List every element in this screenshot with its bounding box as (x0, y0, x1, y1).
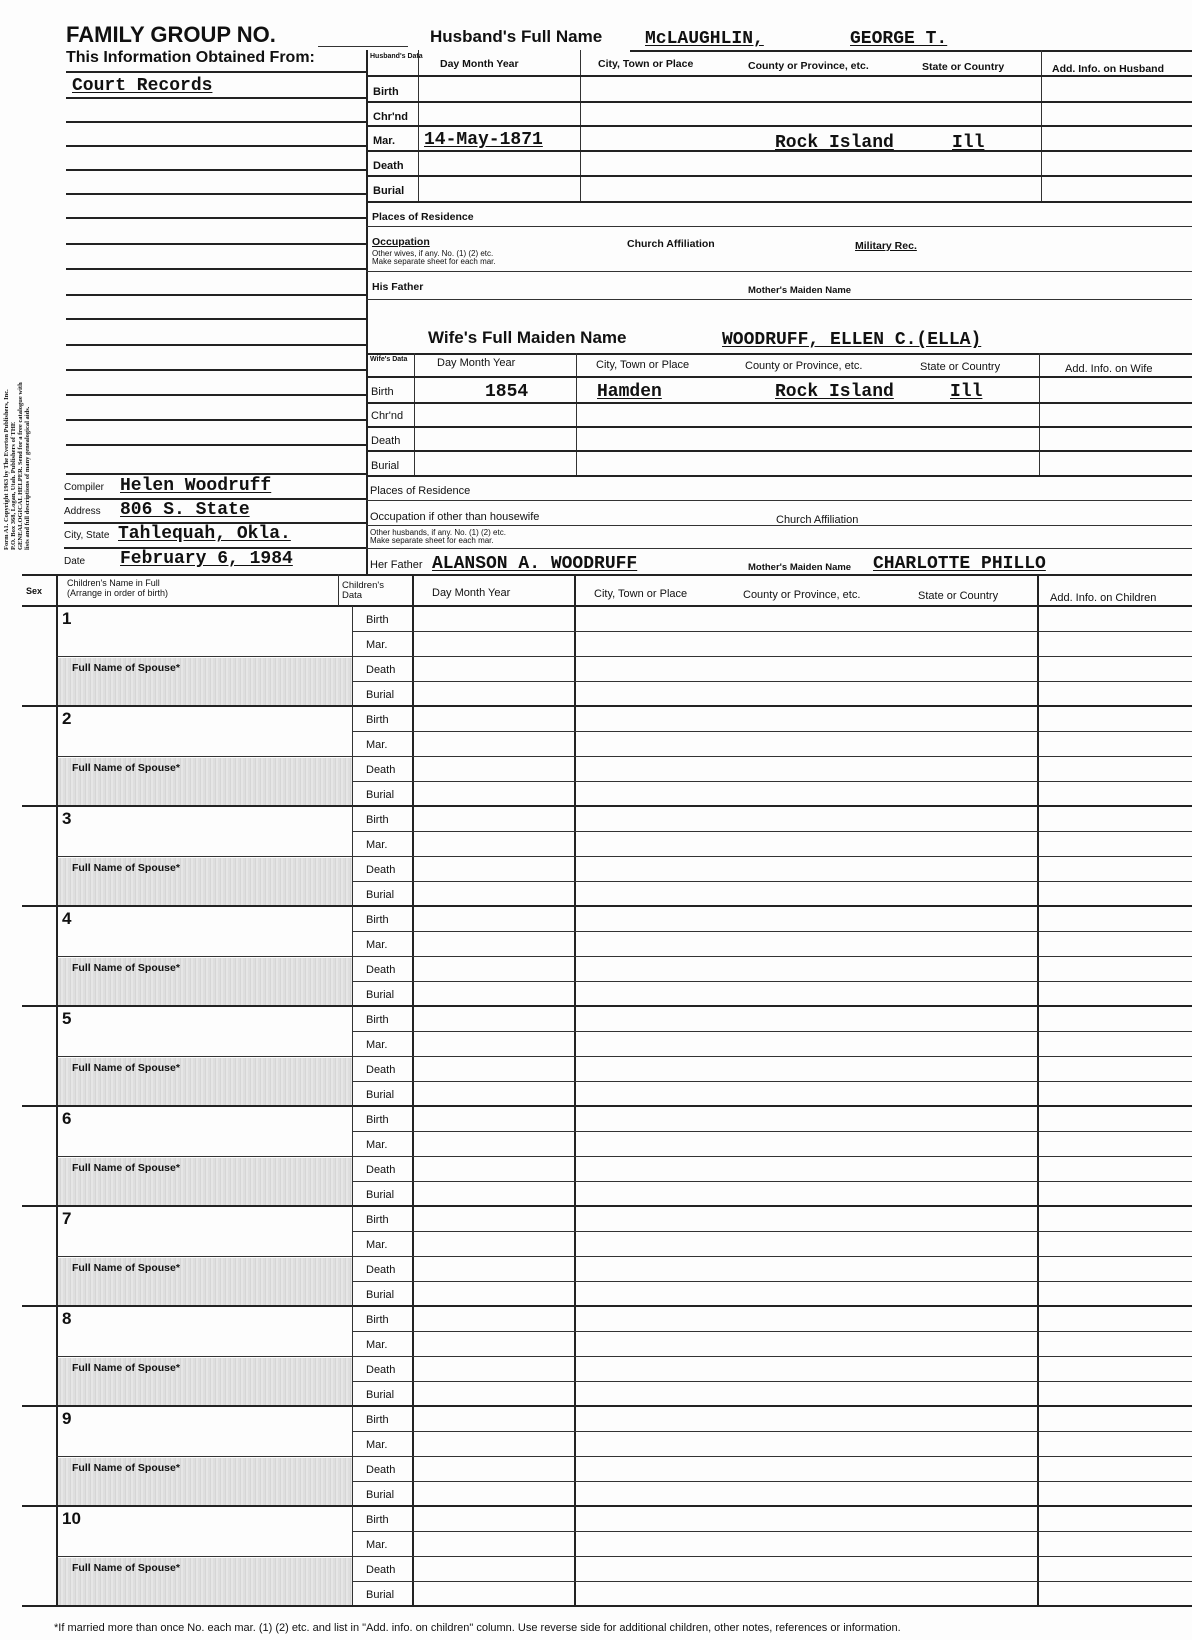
child-block-divider (22, 1505, 1192, 1507)
source-value[interactable]: Court Records (72, 76, 212, 96)
rule (352, 1456, 1192, 1457)
rule (366, 299, 1192, 300)
husband-military-label: Military Rec. (855, 240, 917, 252)
child-block-divider (22, 805, 1192, 807)
rule (66, 444, 366, 446)
child-event-label: Burial (366, 989, 394, 1001)
her-father-value[interactable]: ALANSON A. WOODRUFF (432, 554, 637, 574)
rule (352, 956, 1192, 957)
wife-occupation-label: Occupation if other than housewife (370, 511, 539, 523)
row-label-marriage: Mar. (373, 135, 395, 147)
address-value[interactable]: 806 S. State (120, 500, 250, 520)
child-number: 1 (62, 609, 71, 629)
child-event-label: Birth (366, 614, 389, 626)
child-number: 3 (62, 809, 71, 829)
wife-birth-state[interactable]: Ill (950, 382, 982, 402)
child-event-label: Birth (366, 1014, 389, 1026)
rule (352, 1256, 1192, 1257)
rule (352, 856, 1192, 857)
rule (66, 169, 366, 171)
wife-row-death: Death (371, 435, 400, 447)
rule (366, 226, 1192, 227)
rule (352, 1531, 1192, 1532)
wife-name-label: Wife's Full Maiden Name (428, 328, 626, 348)
rule (352, 1056, 1192, 1057)
rule (366, 426, 1192, 428)
children-name-label: Children's Name in Full (67, 579, 160, 588)
husband-residence-label: Places of Residence (372, 211, 474, 223)
child-event-label: Mar. (366, 639, 387, 651)
rule (66, 121, 366, 123)
col-state: State or Country (922, 61, 1004, 73)
child-block-divider (22, 705, 1192, 707)
rule (66, 419, 366, 421)
her-mother-label: Mother's Maiden Name (748, 562, 851, 573)
column-line (574, 574, 576, 1606)
child-number: 8 (62, 1309, 71, 1329)
husband-occupation-label: Occupation (372, 236, 430, 248)
rule (352, 1281, 1192, 1282)
rule (352, 981, 1192, 982)
rule (56, 756, 354, 757)
rule (56, 1356, 354, 1357)
copyright-line: Form A1. Copyright 1963 by The Everton P… (3, 389, 10, 550)
wife-row-burial: Burial (371, 460, 399, 472)
rule (22, 605, 1192, 607)
rule (352, 656, 1192, 657)
spouse-label: Full Name of Spouse* (72, 1562, 180, 1574)
child-event-label: Burial (366, 1089, 394, 1101)
husband-marriage-date[interactable]: 14-May-1871 (424, 130, 543, 150)
rule (366, 450, 1192, 452)
child-event-label: Death (366, 1364, 395, 1376)
row-label-death: Death (373, 160, 404, 172)
rule (352, 1481, 1192, 1482)
footnote: *If married more than once No. each mar.… (54, 1622, 901, 1634)
rule (352, 1131, 1192, 1132)
spouse-label: Full Name of Spouse* (72, 1262, 180, 1274)
child-event-label: Death (366, 764, 395, 776)
spouse-label: Full Name of Spouse* (72, 662, 180, 674)
rule (352, 1381, 1192, 1382)
rule (66, 294, 366, 296)
column-line (1037, 574, 1039, 1606)
child-number: 5 (62, 1009, 71, 1029)
wife-name-value[interactable]: WOODRUFF, ELLEN C.(ELLA) (722, 330, 981, 350)
wife-col-date: Day Month Year (437, 357, 515, 369)
child-number: 6 (62, 1109, 71, 1129)
child-event-label: Burial (366, 1589, 394, 1601)
child-block-divider (22, 1105, 1192, 1107)
rule (352, 1081, 1192, 1082)
copyright-line: P.O. Box 368, Logan, Utah. Publishers of… (10, 422, 17, 550)
child-event-label: Death (366, 1464, 395, 1476)
child-event-label: Mar. (366, 839, 387, 851)
child-event-label: Birth (366, 1514, 389, 1526)
wife-col-city: City, Town or Place (596, 359, 689, 371)
husband-church-label: Church Affiliation (627, 238, 715, 250)
rule (56, 656, 354, 657)
child-block-divider (22, 1205, 1192, 1207)
child-event-label: Mar. (366, 1039, 387, 1051)
child-number: 9 (62, 1409, 71, 1429)
wife-residence-label: Places of Residence (370, 485, 470, 497)
group-number-line (318, 46, 408, 47)
source-label: This Information Obtained From: (66, 49, 315, 67)
wife-row-birth: Birth (371, 386, 394, 398)
child-event-label: Birth (366, 1114, 389, 1126)
rule (366, 75, 1192, 77)
rule (352, 1031, 1192, 1032)
column-line (412, 574, 414, 1606)
rule (366, 150, 1192, 152)
child-event-label: Burial (366, 1189, 394, 1201)
rule (352, 756, 1192, 757)
date-value[interactable]: February 6, 1984 (120, 549, 293, 569)
rule (56, 1556, 354, 1557)
child-event-label: Mar. (366, 1439, 387, 1451)
address-label: Address (64, 506, 101, 517)
column-line (414, 353, 415, 475)
wife-col-county: County or Province, etc. (745, 360, 862, 372)
child-number: 4 (62, 909, 71, 929)
child-event-label: Death (366, 1564, 395, 1576)
husband-data-label: Husband's Data (370, 53, 423, 61)
rule (66, 71, 366, 73)
rule (66, 318, 366, 320)
wife-data-label: Wife's Data (370, 356, 407, 364)
city-state-value[interactable]: Tahlequah, Okla. (118, 524, 291, 544)
children-col-county: County or Province, etc. (743, 589, 860, 601)
copyright-notice: Form A1. Copyright 1963 by The Everton P… (3, 300, 23, 550)
form-title: FAMILY GROUP NO. (66, 22, 276, 48)
rule (366, 475, 1192, 477)
sex-label: Sex (26, 586, 42, 596)
rule (56, 1156, 354, 1157)
rule (56, 956, 354, 957)
rule (366, 525, 1192, 526)
child-event-label: Death (366, 964, 395, 976)
copyright-line: GENEALOGICAL HELPER. Send for a free cat… (17, 382, 24, 550)
child-event-label: Death (366, 1064, 395, 1076)
children-col-city: City, Town or Place (594, 588, 687, 600)
rule (366, 500, 1192, 501)
rule (352, 1156, 1192, 1157)
row-label-christened: Chr'nd (373, 111, 408, 123)
rule (366, 548, 1192, 549)
spouse-label: Full Name of Spouse* (72, 1362, 180, 1374)
child-event-label: Death (366, 664, 395, 676)
wife-birth-county[interactable]: Rock Island (775, 382, 894, 402)
children-name-sublabel: (Arrange in order of birth) (67, 589, 168, 598)
spouse-label: Full Name of Spouse* (72, 962, 180, 974)
rule (352, 781, 1192, 782)
child-block-divider (22, 905, 1192, 907)
row-label-burial: Burial (373, 185, 404, 197)
child-event-label: Death (366, 1264, 395, 1276)
husband-given-name[interactable]: GEORGE T. (850, 29, 947, 49)
spouse-label: Full Name of Spouse* (72, 762, 180, 774)
rule (366, 101, 1192, 103)
wife-birth-city[interactable]: Hamden (597, 382, 662, 402)
column-line (1039, 353, 1040, 475)
child-event-label: Mar. (366, 1139, 387, 1151)
child-event-label: Burial (366, 889, 394, 901)
col-city: City, Town or Place (598, 58, 693, 70)
child-event-label: Burial (366, 1389, 394, 1401)
rule (352, 681, 1192, 682)
child-block-divider (22, 1405, 1192, 1407)
date-label: Date (64, 556, 85, 567)
her-mother-value[interactable]: CHARLOTTE PHILLO (873, 554, 1046, 574)
child-event-label: Birth (366, 1214, 389, 1226)
spouse-label: Full Name of Spouse* (72, 1162, 180, 1174)
compiler-value[interactable]: Helen Woodruff (120, 476, 271, 496)
child-event-label: Birth (366, 714, 389, 726)
child-event-label: Burial (366, 689, 394, 701)
rule (352, 1356, 1192, 1357)
children-col-state: State or Country (918, 590, 998, 602)
her-father-label: Her Father (370, 559, 423, 571)
rule (352, 631, 1192, 632)
rule (66, 394, 366, 396)
rule (366, 175, 1192, 177)
rule (56, 1256, 354, 1257)
children-data-label-2: Data (342, 591, 362, 601)
wife-row-christened: Chr'nd (371, 410, 403, 422)
column-line (576, 353, 577, 475)
spouse-label: Full Name of Spouse* (72, 1062, 180, 1074)
child-event-label: Mar. (366, 1239, 387, 1251)
child-event-label: Burial (366, 1289, 394, 1301)
row-label-birth: Birth (373, 86, 399, 98)
child-block-divider (22, 1605, 1192, 1607)
child-event-label: Birth (366, 1314, 389, 1326)
child-number: 2 (62, 709, 71, 729)
rule (66, 243, 366, 245)
rule (352, 1556, 1192, 1557)
compiler-label: Compiler (64, 482, 104, 493)
wife-birth-date[interactable]: 1854 (485, 382, 528, 402)
child-block-divider (22, 1305, 1192, 1307)
spouse-label: Full Name of Spouse* (72, 1462, 180, 1474)
child-event-label: Mar. (366, 1539, 387, 1551)
rule (366, 271, 1192, 272)
wife-col-add-info: Add. Info. on Wife (1065, 363, 1152, 375)
rule (366, 125, 1192, 127)
child-event-label: Birth (366, 1414, 389, 1426)
child-block-divider (22, 1005, 1192, 1007)
rule (366, 376, 1192, 378)
his-mother-label: Mother's Maiden Name (748, 285, 851, 296)
other-husbands-note-2: Make separate sheet for each mar. (370, 537, 494, 545)
rule (66, 344, 366, 346)
rule (66, 473, 366, 475)
col-county: County or Province, etc. (748, 60, 869, 72)
child-event-label: Birth (366, 914, 389, 926)
rule (66, 97, 366, 99)
husband-name-line (630, 50, 1192, 52)
child-event-label: Mar. (366, 1339, 387, 1351)
rule (352, 1581, 1192, 1582)
rule (66, 145, 366, 147)
rule (366, 353, 1192, 355)
child-event-label: Mar. (366, 939, 387, 951)
rule (56, 856, 354, 857)
rule (352, 731, 1192, 732)
child-event-label: Burial (366, 1489, 394, 1501)
child-event-label: Burial (366, 789, 394, 801)
rule (352, 1181, 1192, 1182)
other-wives-note-2: Make separate sheet for each mar. (372, 258, 496, 266)
rule (66, 268, 366, 270)
child-number: 10 (62, 1509, 81, 1529)
rule (22, 574, 1192, 576)
child-event-label: Death (366, 864, 395, 876)
husband-surname[interactable]: McLAUGHLIN, (645, 29, 764, 49)
column-line (338, 574, 339, 606)
rule (66, 193, 366, 195)
rule (352, 931, 1192, 932)
child-event-label: Mar. (366, 739, 387, 751)
spouse-label: Full Name of Spouse* (72, 862, 180, 874)
rule (66, 217, 366, 219)
rule (56, 1056, 354, 1057)
copyright-line: lists and full descriptions of many gene… (24, 407, 31, 550)
children-col-date: Day Month Year (432, 587, 510, 599)
wife-col-state: State or Country (920, 361, 1000, 373)
his-father-label: His Father (372, 281, 423, 293)
rule (366, 201, 1192, 203)
child-number: 7 (62, 1209, 71, 1229)
rule (366, 402, 1192, 404)
rule (352, 1431, 1192, 1432)
husband-name-label: Husband's Full Name (430, 27, 602, 47)
section-divider (366, 50, 368, 574)
child-event-label: Birth (366, 814, 389, 826)
rule (352, 1231, 1192, 1232)
rule (352, 831, 1192, 832)
rule (56, 1456, 354, 1457)
col-add-info: Add. Info. on Husband (1052, 63, 1164, 75)
rule (66, 369, 366, 371)
rule (352, 1331, 1192, 1332)
children-col-add-info: Add. Info. on Children (1050, 592, 1156, 604)
child-event-label: Death (366, 1164, 395, 1176)
city-state-label: City, State (64, 530, 109, 541)
rule (352, 881, 1192, 882)
col-date: Day Month Year (440, 58, 519, 70)
